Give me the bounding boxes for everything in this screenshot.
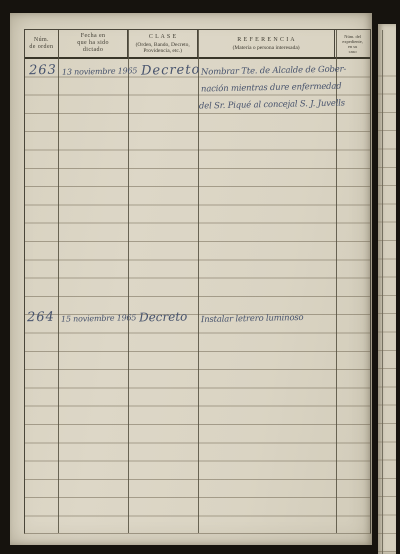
column-header-label: R E F E R E N C I A [237, 37, 295, 44]
column-header-fecha: Fecha en que ha sido dictado [59, 30, 129, 57]
register-table: Núm. de orden Fecha en que ha sido dicta… [24, 29, 371, 534]
entry-number: 264 [27, 310, 55, 326]
column-divider [128, 30, 129, 533]
column-divider [58, 30, 59, 533]
next-page-ruled-lines [378, 58, 396, 554]
entry-date: 15 noviembre 1965 [61, 313, 136, 324]
column-header-clase: C L A S E (Orden, Bando, Decreto, Provid… [128, 30, 198, 57]
entry-date: 13 noviembre 1965 [62, 66, 137, 77]
entry-class: Decreto [139, 309, 188, 324]
column-header-expediente: Núm. del expediente, en su caso [335, 30, 370, 57]
register-page-scan: Núm. de orden Fecha en que ha sido dicta… [10, 13, 372, 545]
entry-number: 263 [29, 63, 57, 79]
entry-class: Decreto [141, 62, 201, 78]
column-header-num-orden: Núm. de orden [25, 30, 59, 57]
next-page-edge [378, 24, 396, 554]
column-header-referencia: R E F E R E N C I A (Materia o persona i… [198, 30, 335, 57]
column-header-sublabel: (Orden, Bando, Decreto, Providencia, etc… [136, 42, 190, 54]
column-header-label: C L A S E [149, 34, 177, 41]
column-header-label: Núm. de orden [29, 37, 53, 51]
entry-reference-line: Instalar letrero luminoso [201, 313, 304, 325]
column-header-sublabel: (Materia o persona interesada) [233, 45, 300, 51]
column-header-label: Núm. del expediente, en su caso [342, 34, 363, 54]
column-header-label: Fecha en que ha sido dictado [77, 33, 109, 54]
